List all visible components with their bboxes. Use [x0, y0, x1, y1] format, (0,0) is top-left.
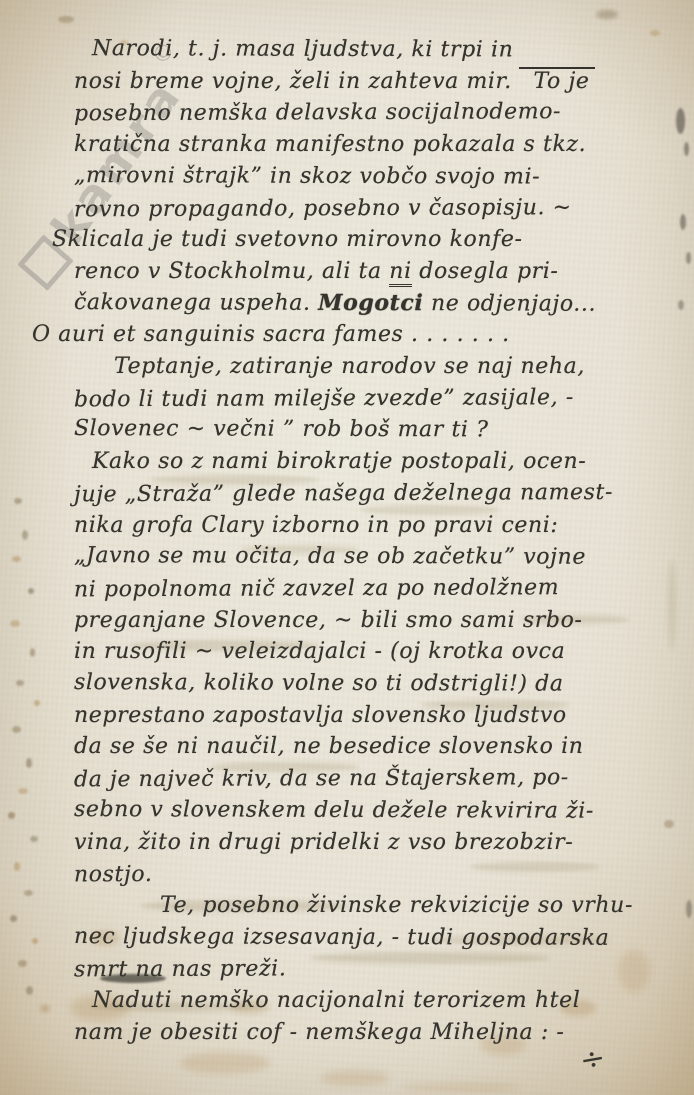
manuscript-line: O auri et sanguinis sacra fames . . . . …: [32, 319, 678, 351]
stain: [26, 758, 32, 768]
text-segment: Sklicala je tudi svetovno mirovno konfe-: [52, 227, 523, 252]
text-segment: bodo li tudi nam milejše zvezde” zasijal…: [74, 385, 574, 412]
stain: [10, 620, 20, 627]
manuscript-line: „mirovni štrajk” in skoz vobčo svojo mi-: [74, 160, 678, 194]
manuscript-line: nostjo.: [74, 857, 678, 891]
text-segment: dosegla pri-: [412, 259, 559, 284]
manuscript-line: da je največ kriv, da se na Štajerskem, …: [74, 762, 678, 796]
text-segment: čakovanega uspeha.: [74, 290, 318, 316]
stain: [30, 648, 35, 657]
stain: [686, 900, 692, 918]
stain: [686, 252, 691, 264]
stain: [8, 812, 15, 819]
text-segment: nostjo.: [74, 862, 153, 887]
manuscript-line: slovenska, koliko volne so ti odstrigli!…: [74, 667, 678, 701]
emphasis-overline: To je: [519, 67, 595, 94]
stain: [58, 16, 74, 23]
text-segment: in rusofili ~ veleizdajalci - (oj krotka…: [74, 639, 565, 664]
stain: [18, 788, 28, 794]
text-segment: smrt na nas preži.: [74, 957, 286, 983]
stain: [678, 300, 684, 310]
stain: [32, 938, 38, 944]
stain: [40, 1005, 50, 1012]
manuscript-line: juje „Straža” glede našega deželnega nam…: [74, 477, 678, 511]
manuscript-line: Teptanje, zatiranje narodov se naj neha,: [114, 351, 678, 383]
text-segment: vina, žito in drugi pridelki z vso brezo…: [74, 830, 573, 855]
text-segment: „mirovni štrajk” in skoz vobčo svojo mi-: [74, 163, 540, 189]
text-segment: O auri et sanguinis sacra fames . . . . …: [32, 322, 510, 347]
manuscript-line: Slovenec ~ večni ” rob boš mar ti ?: [74, 413, 678, 447]
text-segment: ni popolnoma nič zavzel za po nedolžnem: [74, 575, 559, 602]
manuscript-page: kamra © Narodi, t. j. masa ljudstva, ki …: [0, 0, 694, 1095]
text-segment: slovenska, koliko volne so ti odstrigli!…: [74, 670, 564, 697]
text-segment: Te, posebno živinske rekvizicije so vrhu…: [160, 893, 633, 918]
manuscript-line: smrt na nas preži.: [74, 952, 678, 986]
manuscript-line: sebno v slovenskem delu dežele rekvirira…: [74, 794, 678, 828]
text-segment: Naduti nemško nacijonalni terorizem htel: [92, 988, 580, 1013]
text-segment: Teptanje, zatiranje narodov se naj neha,: [114, 354, 585, 379]
text-segment: sebno v slovenskem delu dežele rekvirira…: [74, 797, 594, 824]
stain: [12, 726, 21, 733]
text-segment: nika grofa Clary izborno in po pravi cen…: [74, 513, 558, 538]
stain: [18, 960, 27, 967]
stain: [14, 498, 22, 504]
manuscript-line: nika grofa Clary izborno in po pravi cen…: [74, 510, 678, 542]
manuscript-line: neprestano zapostavlja slovensko ljudstv…: [74, 700, 678, 732]
text-segment: „Javno se mu očita, da se ob začetku” vo…: [74, 543, 586, 570]
manuscript-line: Sklicala je tudi svetovno mirovno konfe-: [52, 224, 678, 256]
manuscript-line: da se še ni naučil, ne besedice slovensk…: [74, 731, 678, 763]
manuscript-line: renco v Stockholmu, ali ta ni dosegla pr…: [74, 256, 678, 288]
stain: [26, 986, 33, 995]
manuscript-line: Narodi, t. j. masa ljudstva, ki trpi in: [92, 33, 678, 67]
stain: [10, 915, 17, 922]
text-segment: kratična stranka manifestno pokazala s t…: [74, 132, 586, 157]
text-segment: nosi breme vojne, želi in zahteva mir.: [74, 69, 519, 94]
manuscript-line: Te, posebno živinske rekvizicije so vrhu…: [160, 890, 678, 922]
manuscript-line: posebno nemška delavska socijalnodemo-: [74, 96, 678, 130]
manuscript-line: Naduti nemško nacijonalni terorizem htel: [92, 985, 678, 1017]
stain: [28, 588, 34, 594]
stain: [30, 836, 38, 842]
text-segment: neprestano zapostavlja slovensko ljudstv…: [74, 703, 567, 728]
text-segment: rovno propagando, posebno v časopisju. ~: [74, 195, 572, 222]
manuscript-line: nosi breme vojne, želi in zahteva mir. T…: [74, 66, 678, 98]
manuscript-line: nec ljudskega izsesavanja, - tudi gospod…: [74, 921, 678, 955]
emphasis-underline: ni: [389, 259, 411, 287]
text-segment: nec ljudskega izsesavanja, - tudi gospod…: [74, 924, 609, 951]
stain: [400, 1083, 520, 1092]
manuscript-line: čakovanega uspeha. Mogotci ne odjenjajo.…: [74, 287, 678, 321]
stain: [684, 142, 689, 156]
text-segment: Slovenec ~ večni ” rob boš mar ti ?: [74, 416, 489, 442]
text-segment: da je največ kriv, da se na Štajerskem, …: [74, 765, 569, 792]
text-segment: preganjane Slovence, ~ bili smo sami srb…: [74, 608, 582, 633]
stain: [14, 862, 20, 871]
stain: [34, 700, 40, 706]
manuscript-body: Narodi, t. j. masa ljudstva, ki trpi inn…: [74, 34, 678, 1049]
manuscript-line: rovno propagando, posebno v časopisju. ~: [74, 191, 678, 225]
text-segment: nam je obesiti cof - nemškega Miheljna :…: [74, 1020, 564, 1045]
text-segment: renco v Stockholmu, ali ta: [74, 259, 389, 284]
text-segment: juje „Straža” glede našega deželnega nam…: [74, 480, 613, 507]
stain: [12, 556, 21, 562]
stain: [596, 10, 618, 19]
emphasis-bold: Mogotci: [318, 289, 423, 315]
stain: [16, 680, 24, 686]
stain: [320, 1070, 390, 1086]
manuscript-line: preganjane Slovence, ~ bili smo sami srb…: [74, 605, 678, 637]
stain: [180, 1052, 270, 1074]
manuscript-line: „Javno se mu očita, da se ob začetku” vo…: [74, 540, 678, 574]
text-segment: posebno nemška delavska socijalnodemo-: [74, 100, 561, 127]
manuscript-line: kratična stranka manifestno pokazala s t…: [74, 129, 678, 161]
text-segment: Narodi, t. j. masa ljudstva, ki trpi in: [92, 36, 514, 62]
manuscript-line: Kako so z nami birokratje postopali, oce…: [92, 446, 678, 478]
text-segment: Kako so z nami birokratje postopali, oce…: [92, 449, 586, 474]
stain: [680, 214, 686, 230]
stain: [24, 890, 33, 896]
text-segment: da se še ni naučil, ne besedice slovensk…: [74, 734, 584, 759]
manuscript-line: in rusofili ~ veleizdajalci - (oj krotka…: [74, 636, 678, 668]
manuscript-line: bodo li tudi nam milejše zvezde” zasijal…: [74, 381, 678, 415]
manuscript-line: ni popolnoma nič zavzel za po nedolžnem: [74, 572, 678, 606]
manuscript-line: vina, žito in drugi pridelki z vso brezo…: [74, 827, 678, 859]
text-segment: ne odjenjajo...: [423, 291, 596, 317]
stain: [22, 530, 28, 540]
